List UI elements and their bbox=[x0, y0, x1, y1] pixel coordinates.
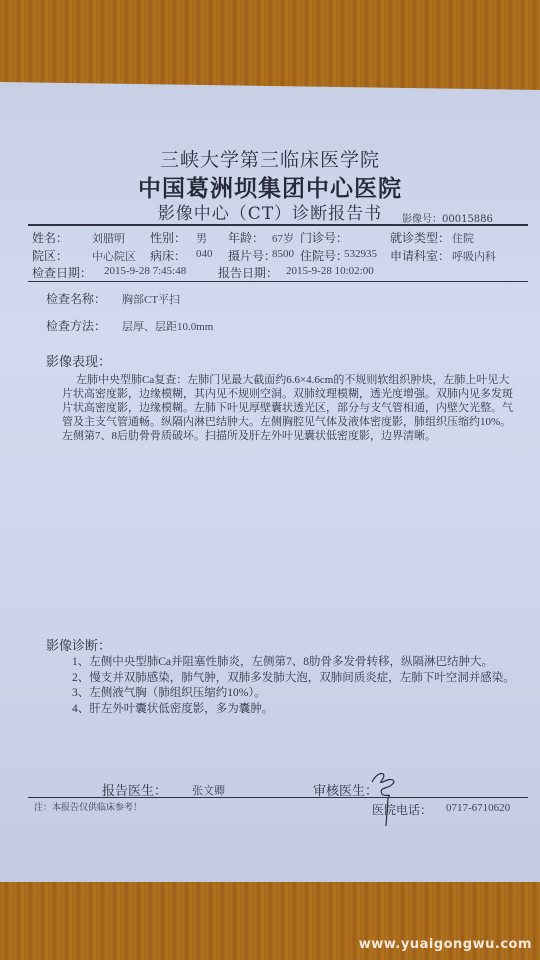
exam-name-label: 检查名称： bbox=[46, 290, 106, 307]
exam-date: 2015-9-28 7:45:48 bbox=[104, 265, 186, 277]
film-label: 摄片号： bbox=[228, 247, 276, 264]
visit-type: 住院 bbox=[452, 230, 474, 246]
findings-heading: 影像表现： bbox=[46, 351, 111, 370]
info-divider bbox=[28, 281, 528, 282]
campus-label: 院区： bbox=[32, 247, 68, 264]
header-divider bbox=[28, 224, 528, 226]
findings-text: 左肺中央型肺Ca复查：左肺门见最大截面约6.6×4.6cm的不规则软组织肿块，左… bbox=[62, 373, 520, 443]
phone-label: 医院电话： bbox=[372, 801, 432, 818]
patient-age: 67岁 bbox=[272, 230, 294, 246]
report-date-label: 报告日期： bbox=[218, 264, 278, 281]
department: 呼吸内科 bbox=[452, 248, 496, 264]
university-name: 三峡大学第三临床医学院 bbox=[0, 145, 540, 172]
exam-method-label: 检查方法： bbox=[46, 317, 106, 334]
name-label: 姓名： bbox=[32, 229, 68, 246]
bed-label: 病床： bbox=[150, 247, 186, 264]
image-number: 影像号：00015886 bbox=[402, 210, 493, 225]
outpatient-label: 门诊号： bbox=[300, 229, 348, 246]
patient-name: 刘腊明 bbox=[92, 230, 125, 246]
disclaimer-note: 注：本报告仅供临床参考！ bbox=[34, 800, 142, 813]
inpatient-number: 532935 bbox=[344, 248, 377, 260]
visit-type-label: 就诊类型： bbox=[390, 229, 450, 246]
hospital-phone: 0717-6710620 bbox=[446, 802, 510, 814]
patient-sex: 男 bbox=[196, 230, 207, 246]
report-date: 2015-9-28 10:02:00 bbox=[286, 265, 374, 277]
exam-date-label: 检查日期： bbox=[32, 264, 92, 281]
signature-icon bbox=[368, 768, 398, 828]
exam-name: 胸部CT平扫 bbox=[122, 291, 180, 307]
age-label: 年龄： bbox=[228, 229, 264, 246]
film-number: 8500 bbox=[272, 248, 294, 260]
exam-method: 层厚、层距10.0mm bbox=[122, 318, 213, 334]
sex-label: 性别： bbox=[150, 229, 186, 246]
watermark: www.yuaigongwu.com bbox=[359, 937, 532, 952]
diagnosis-item: 2、慢支并双肺感染，肺气肿，双肺多发肺大泡，双肺间质炎症，左肺下叶空洞并感染。 bbox=[72, 671, 522, 687]
inpatient-label: 住院号： bbox=[300, 247, 348, 264]
reporter-name: 张文卿 bbox=[192, 782, 225, 798]
diagnosis-item: 4、肝左外叶囊状低密度影，多为囊肿。 bbox=[72, 702, 522, 718]
bed-number: 040 bbox=[196, 248, 213, 260]
dept-label: 申请科室： bbox=[390, 247, 450, 264]
diagnosis-item: 1、左侧中央型肺Ca并阻塞性肺炎，左侧第7、8肋骨多发骨转移，纵隔淋巴结肿大。 bbox=[72, 655, 522, 671]
campus: 中心院区 bbox=[92, 248, 136, 264]
diagnosis-list: 1、左侧中央型肺Ca并阻塞性肺炎，左侧第7、8肋骨多发骨转移，纵隔淋巴结肿大。 … bbox=[72, 655, 522, 717]
footer-divider bbox=[28, 797, 528, 798]
diagnosis-heading: 影像诊断： bbox=[46, 635, 111, 654]
diagnosis-item: 3、左侧液气胸（肺组织压缩约10%）。 bbox=[72, 686, 522, 702]
